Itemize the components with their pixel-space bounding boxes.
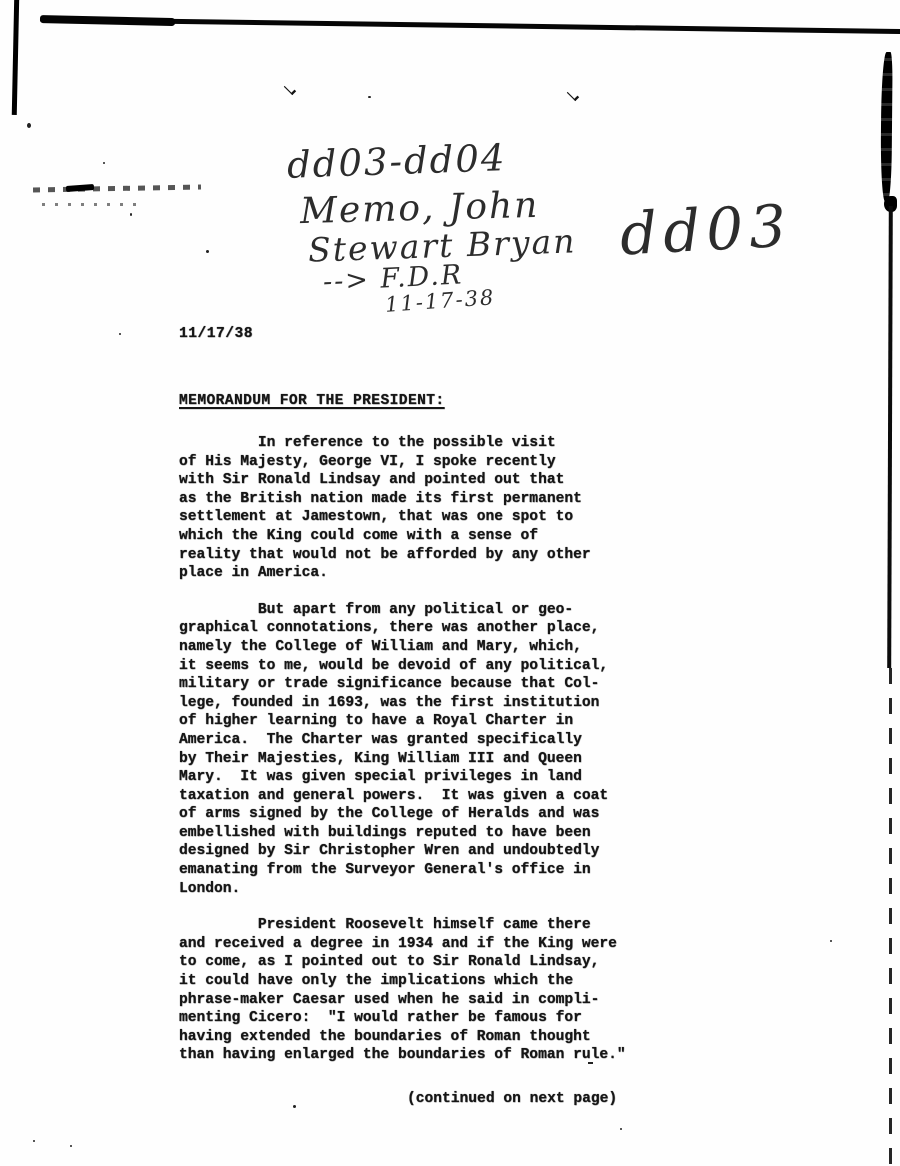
scan-artifact-right-ragged-strip [880,52,892,202]
scan-artifact-checkmark-2 [567,89,579,101]
scan-speck [206,250,209,253]
memo-paragraph-3: President Roosevelt himself came there a… [179,916,626,1065]
scan-speck [119,333,121,335]
memo-body: In reference to the possible visit of Hi… [179,434,626,1083]
scan-artifact-smudge-line-2 [42,203,137,206]
handwritten-page-id: dd03 [618,192,793,269]
scan-speck [33,1140,35,1142]
scan-speck [130,213,132,216]
memo-heading: MEMORANDUM FOR THE PRESIDENT: [179,392,445,411]
scan-speck [293,1105,296,1108]
scan-artifact-smudge-dark [66,184,94,192]
scan-artifact-top-line-head [40,15,175,26]
handwritten-note-line-1: dd03-dd04 [286,136,507,187]
scan-speck [103,162,105,164]
scan-speck [830,940,832,942]
scanned-memo-page: dd03-dd04 Memo, John Stewart Bryan --> F… [0,0,900,1166]
scan-speck [620,1128,622,1130]
scan-artifact-smudge-line [33,185,201,193]
continuation-note: (continued on next page) [407,1090,617,1109]
memo-date: 11/17/38 [179,325,253,344]
scan-speck [70,1145,72,1147]
scan-artifact-checkmark-1 [284,83,296,95]
scan-artifact-right-line [887,206,893,668]
scan-artifact-left-bar [12,0,19,115]
memo-paragraph-1: In reference to the possible visit of Hi… [179,434,626,583]
scan-artifact-right-blob [884,196,897,212]
scan-artifact-right-dashed-line [889,668,892,1166]
memo-paragraph-2: But apart from any political or geo- gra… [179,601,626,899]
scan-speck [27,123,31,128]
scan-artifact-top-line [40,17,900,34]
scan-speck [368,96,371,98]
